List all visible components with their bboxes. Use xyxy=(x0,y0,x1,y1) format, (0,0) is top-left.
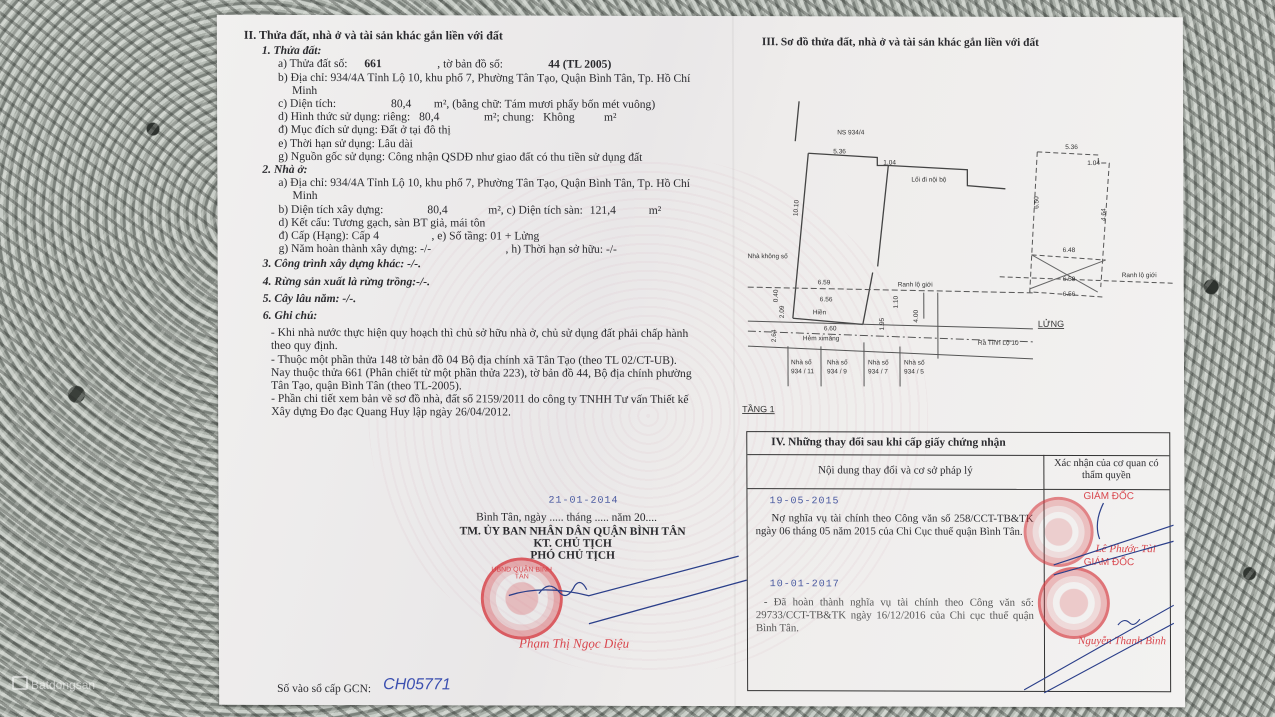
usage-term: e) Thời hạn sử dụng: Lâu dài xyxy=(244,136,714,150)
house-structure: d) Kết cấu: Tương gạch, sàn BT giả, mái … xyxy=(244,216,714,230)
svg-text:0.40: 0.40 xyxy=(773,289,780,302)
svg-text:Ranh lộ giới: Ranh lộ giới xyxy=(1122,272,1157,279)
construction-area: 80,4 xyxy=(427,203,485,216)
changes-content-column: Nội dung thay đổi và cơ sở pháp lý 19-05… xyxy=(747,454,1045,691)
note-line: - Khi nhà nước thực hiện quy hoạch thì c… xyxy=(271,326,715,340)
floor-area: 121,4 xyxy=(586,203,646,216)
usage-form-row: d) Hình thức sử dụng: riêng: 80,4 m²; ch… xyxy=(244,110,714,124)
svg-text:Ranh lộ giới: Ranh lộ giới xyxy=(898,282,933,289)
land-parcel-row: a) Thửa đất số: 661 , tờ bản đồ số: 44 (… xyxy=(244,57,714,71)
change-date: 10-01-2017 xyxy=(770,579,840,590)
svg-text:1.95: 1.95 xyxy=(879,317,886,330)
map-sheet-number: 44 (TL 2005) xyxy=(548,58,611,71)
house-address: a) Địa chỉ: 934/4A Tỉnh Lộ 10, khu phố 7… xyxy=(244,176,714,190)
floor-plan-diagram: NS 934/4 5.36 1.04 Lối đi nội bộ Nhà khô… xyxy=(737,96,1178,427)
changes-table-header: IV. Những thay đổi sau khi cấp giấy chứn… xyxy=(747,432,1169,456)
changes-confirm-column: Xác nhận của cơ quan có thẩm quyền GIÁM … xyxy=(1043,455,1170,691)
usage-origin: g) Nguồn gốc sử dụng: Công nhận QSDĐ như… xyxy=(244,150,714,164)
certificate-page: II. Thửa đất, nhà ở và tài sản khác gắn … xyxy=(217,15,1185,708)
house-year-row: g) Năm hoàn thành xây dựng: -/- , h) Thờ… xyxy=(245,242,715,256)
other-construction: 3. Công trình xây dựng khác: -/-. xyxy=(245,257,715,271)
land-heading: 1. Thửa đất: xyxy=(244,44,714,58)
house-grade-row: đ) Cấp (Hạng): Cấp 4 , e) Số tầng: 01 + … xyxy=(245,229,715,243)
signature-stroke xyxy=(499,545,749,636)
note-line: Tân Tạo, quận Bình Tân (theo TL-2005). xyxy=(271,379,715,393)
alley-label: Hẻm ximăng xyxy=(803,335,840,342)
svg-text:1.04: 1.04 xyxy=(1087,160,1100,167)
svg-text:2.09: 2.09 xyxy=(779,305,786,318)
section-iv-title: IV. Những thay đổi sau khi cấp giấy chứn… xyxy=(771,436,1005,449)
watermark: Batdongsan xyxy=(12,676,95,692)
neighbor-house: Nhà số934 / 5 xyxy=(904,358,925,376)
note-line: Xây dựng Đo đạc Quang Huy lập ngày 26/04… xyxy=(271,405,715,419)
land-address: b) Địa chỉ: 934/4A Tỉnh Lộ 10, khu phố 7… xyxy=(244,70,714,84)
section-ii-title: II. Thửa đất, nhà ở và tài sản khác gắn … xyxy=(244,29,714,43)
svg-text:6.56: 6.56 xyxy=(820,296,833,303)
col-confirm-header: Xác nhận của cơ quan có thẩm quyền xyxy=(1043,455,1169,482)
floor1-caption: TẦNG 1 xyxy=(742,404,775,414)
svg-text:5.36: 5.36 xyxy=(833,148,846,155)
svg-text:1.10: 1.10 xyxy=(893,295,900,308)
road-label: Ra Tỉnh Lộ 10 xyxy=(978,339,1019,347)
section-ii: II. Thửa đất, nhà ở và tài sản khác gắn … xyxy=(244,29,715,420)
svg-text:1.04: 1.04 xyxy=(883,159,896,166)
signature-strokes xyxy=(1013,495,1174,695)
issue-date-stamp: 21-01-2014 xyxy=(548,496,618,507)
house-heading: 2. Nhà ở: xyxy=(244,163,714,177)
notes-list: - Khi nhà nước thực hiện quy hoạch thì c… xyxy=(245,326,715,420)
neighbor-house: Nhà số934 / 7 xyxy=(868,357,889,375)
svg-text:6.56: 6.56 xyxy=(1063,291,1076,298)
note-line: - Thuộc một phần thửa 148 tờ bản đồ 04 B… xyxy=(271,353,715,367)
place-date: Bình Tân, ngày ..... tháng ..... năm 20.… xyxy=(437,511,697,524)
svg-text:6.48: 6.48 xyxy=(1063,247,1076,254)
svg-text:6.50: 6.50 xyxy=(1033,196,1040,209)
owner-label: Hiền xyxy=(813,307,827,316)
svg-text:Lối đi nội bộ: Lối đi nội bộ xyxy=(911,175,946,184)
note-line: - Phần chi tiết xem bản vẽ sơ đồ nhà, đấ… xyxy=(271,392,715,406)
change-entry: - Đã hoàn thành nghĩa vụ tài chính theo … xyxy=(756,596,1034,636)
perennial-trees: 5. Cây lâu năm: -/-. xyxy=(245,292,715,306)
note-line: Nay thuộc thửa 661 (Phân chiết từ một ph… xyxy=(271,366,715,380)
changes-table: IV. Những thay đổi sau khi cấp giấy chứn… xyxy=(746,431,1171,692)
notes-heading: 6. Ghi chú: xyxy=(245,309,715,323)
land-area: 80,4 xyxy=(391,97,431,110)
svg-text:6.59: 6.59 xyxy=(1063,276,1076,283)
forest: 4. Rừng sản xuất là rừng trồng:-/-. xyxy=(245,274,715,288)
change-entry: Nợ nghĩa vụ tài chính theo Công văn số 2… xyxy=(756,512,1034,539)
issuing-org: TM. ỦY BAN NHÂN DÂN QUẬN BÌNH TÂN xyxy=(433,525,713,538)
gcn-label: Số vào sổ cấp GCN: xyxy=(277,683,371,696)
gcn-number: CH05771 xyxy=(383,676,451,694)
signer-name: Phạm Thị Ngọc Diệu xyxy=(519,636,629,652)
svg-text:10.10: 10.10 xyxy=(793,199,801,216)
mezzanine-caption: LỬNG xyxy=(1038,318,1064,329)
svg-text:5.36: 5.36 xyxy=(1065,144,1078,151)
change-date: 19-05-2015 xyxy=(769,496,839,507)
svg-text:Nhà không số: Nhà không số xyxy=(748,251,789,260)
house-area-row: b) Diện tích xây dựng: 80,4 m², c) Diện … xyxy=(244,202,714,216)
house-logo-icon xyxy=(12,676,28,690)
land-area-row: c) Diện tích: 80,4 m², (bằng chữ: Tám mư… xyxy=(244,97,714,111)
svg-text:4.00: 4.00 xyxy=(913,310,920,323)
svg-text:6.60: 6.60 xyxy=(824,325,837,332)
col-content-header: Nội dung thay đổi và cơ sở pháp lý xyxy=(747,454,1043,477)
neighbor-house: Nhà số934 / 11 xyxy=(791,357,814,375)
svg-text:4.64: 4.64 xyxy=(1100,208,1107,221)
svg-text:6.59: 6.59 xyxy=(818,279,831,286)
note-line: theo quy định. xyxy=(271,339,715,353)
section-iii-title: III. Sơ đồ thửa đất, nhà ở và tài sản kh… xyxy=(762,36,1039,50)
usage-purpose: đ) Mục đích sử dụng: Đất ở tại đô thị xyxy=(244,123,714,137)
ns-label: NS 934/4 xyxy=(837,129,865,136)
parcel-number: 661 xyxy=(350,57,434,70)
neighbor-house: Nhà số934 / 9 xyxy=(827,357,848,375)
svg-text:2.64: 2.64 xyxy=(771,329,778,342)
